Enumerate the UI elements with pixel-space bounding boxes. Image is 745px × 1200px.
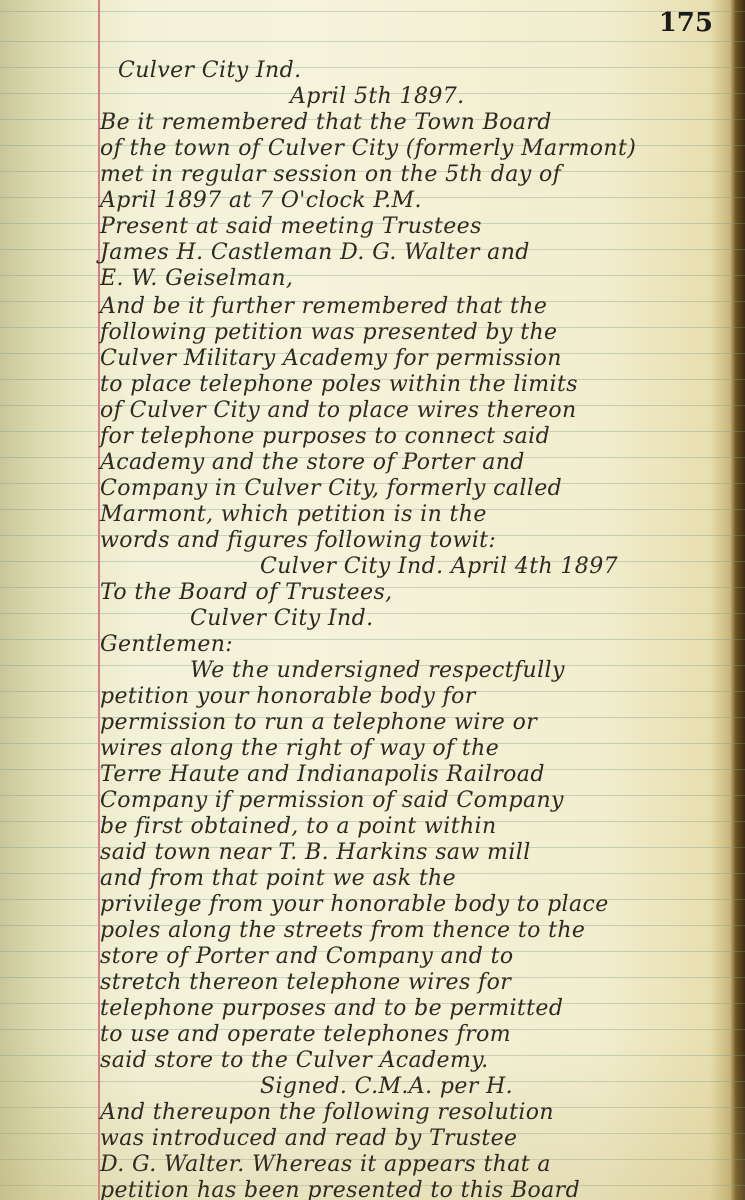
minutes-line: Academy and the store of Porter and — [100, 450, 525, 475]
minutes-line: following petition was presented by the — [100, 320, 557, 345]
petition-line: to use and operate telephones from — [100, 1022, 511, 1047]
minutes-line: E. W. Geiselman, — [100, 266, 293, 291]
minutes-line: of the town of Culver City (formerly Mar… — [100, 136, 636, 161]
minutes-line: Marmont, which petition is in the — [100, 502, 487, 527]
minutes-line: And be it further remembered that the — [100, 294, 547, 319]
heading-date: April 5th 1897. — [290, 84, 465, 109]
petition-line: stretch thereon telephone wires for — [100, 970, 511, 995]
petition-line: We the undersigned respectfully — [190, 658, 565, 683]
petition-greeting: Gentlemen: — [100, 632, 233, 657]
petition-line: said town near T. B. Harkins saw mill — [100, 840, 531, 865]
minutes-line: Be it remembered that the Town Board — [100, 110, 552, 135]
petition-line: Terre Haute and Indianapolis Railroad — [100, 762, 545, 787]
minutes-line: Company in Culver City, formerly called — [100, 476, 562, 501]
minutes-line: Culver Military Academy for permission — [100, 346, 562, 371]
resolution-line: And thereupon the following resolution — [100, 1100, 554, 1125]
petition-line: permission to run a telephone wire or — [100, 710, 537, 735]
petition-line: and from that point we ask the — [100, 866, 456, 891]
petition-line: petition your honorable body for — [100, 684, 476, 709]
petition-line: store of Porter and Company and to — [100, 944, 513, 969]
minutes-line: words and figures following towit: — [100, 528, 496, 553]
petition-addressee: To the Board of Trustees, — [100, 580, 393, 605]
petition-addressee-place: Culver City Ind. — [190, 606, 373, 631]
minutes-line: of Culver City and to place wires thereo… — [100, 398, 577, 423]
petition-line: said store to the Culver Academy. — [100, 1048, 489, 1073]
petition-line: Company if permission of said Company — [100, 788, 564, 813]
minutes-line: to place telephone poles within the limi… — [100, 372, 578, 397]
resolution-line: was introduced and read by Trustee — [100, 1126, 517, 1151]
heading-place: Culver City Ind. — [118, 58, 301, 83]
petition-dateline: Culver City Ind. April 4th 1897 — [260, 554, 618, 579]
minutes-line: Present at said meeting Trustees — [100, 214, 482, 239]
petition-line: wires along the right of way of the — [100, 736, 499, 761]
minutes-line: James H. Castleman D. G. Walter and — [100, 240, 530, 265]
resolution-line: D. G. Walter. Whereas it appears that a — [100, 1152, 551, 1177]
petition-signature: Signed. C.M.A. per H. — [260, 1074, 513, 1099]
petition-line: telephone purposes and to be permitted — [100, 996, 563, 1021]
petition-line: poles along the streets from thence to t… — [100, 918, 585, 943]
minutes-line: for telephone purposes to connect said — [100, 424, 550, 449]
petition-line: be first obtained, to a point within — [100, 814, 497, 839]
page-number: 175 — [659, 8, 713, 38]
resolution-line: petition has been presented to this Boar… — [100, 1178, 580, 1200]
minutes-line: met in regular session on the 5th day of — [100, 162, 561, 187]
ledger-page: 175 Culver City Ind. April 5th 1897. Be … — [0, 0, 745, 1200]
petition-line: privilege from your honorable body to pl… — [100, 892, 609, 917]
minutes-line: April 1897 at 7 O'clock P.M. — [100, 188, 422, 213]
